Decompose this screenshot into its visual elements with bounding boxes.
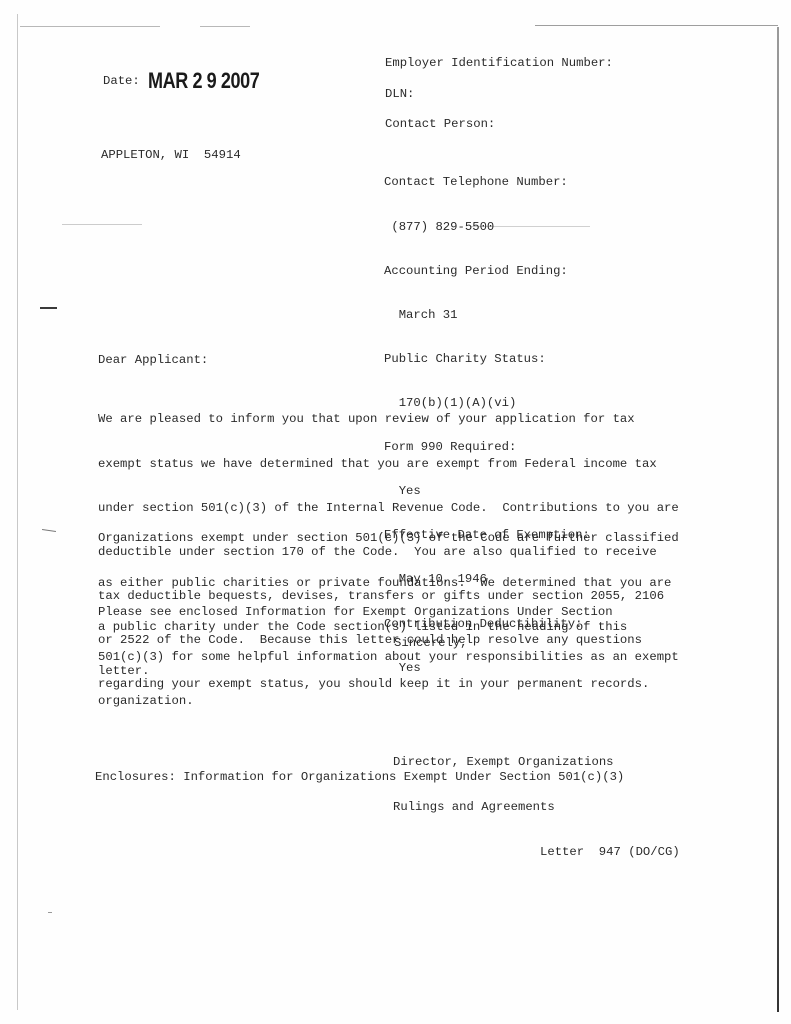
contact-person-label: Contact Person: xyxy=(385,117,495,132)
public-charity-label: Public Charity Status: xyxy=(384,352,590,367)
margin-mark xyxy=(48,912,52,913)
signer-title-line1: Director, Exempt Organizations xyxy=(393,755,614,770)
accounting-period-label: Accounting Period Ending: xyxy=(384,264,590,279)
sign-off: Sincerely, xyxy=(394,636,468,651)
letter-code: Letter 947 (DO/CG) xyxy=(540,845,680,860)
paragraph-line: Organizations exempt under section 501(c… xyxy=(98,531,679,546)
address-line: APPLETON, WI 54914 xyxy=(101,148,241,163)
paragraph-line: exempt status we have determined that yo… xyxy=(98,457,679,472)
accounting-period-value: March 31 xyxy=(384,308,590,323)
salutation: Dear Applicant: xyxy=(98,353,208,368)
ein-label: Employer Identification Number: xyxy=(385,56,613,71)
margin-mark xyxy=(42,529,56,532)
date-label: Date: xyxy=(103,74,140,89)
scan-artifact xyxy=(62,224,142,225)
letter-page: Date: MAR 2 9 2007 APPLETON, WI 54914 Em… xyxy=(0,0,791,1024)
enclosures-line: Enclosures: Information for Organization… xyxy=(95,770,624,785)
dln-label: DLN: xyxy=(385,87,414,102)
date-stamp: MAR 2 9 2007 xyxy=(148,68,259,94)
margin-mark xyxy=(40,307,57,309)
scan-border-top xyxy=(535,25,778,26)
contact-phone-value: (877) 829-5500 xyxy=(384,220,590,235)
scan-border-left xyxy=(17,14,18,1010)
signer-block: Director, Exempt Organizations Rulings a… xyxy=(393,726,614,844)
scan-border-right xyxy=(777,27,779,1012)
scan-border-top xyxy=(20,26,160,27)
paragraph-line: We are pleased to inform you that upon r… xyxy=(98,412,679,427)
paragraph-line: Please see enclosed Information for Exem… xyxy=(98,605,679,620)
signer-title-line2: Rulings and Agreements xyxy=(393,800,614,815)
paragraph-line: 501(c)(3) for some helpful information a… xyxy=(98,650,679,665)
contact-phone-label: Contact Telephone Number: xyxy=(384,175,590,190)
paragraph-3: Please see enclosed Information for Exem… xyxy=(98,576,679,738)
scan-border-top xyxy=(200,26,250,27)
paragraph-line: organization. xyxy=(98,694,679,709)
